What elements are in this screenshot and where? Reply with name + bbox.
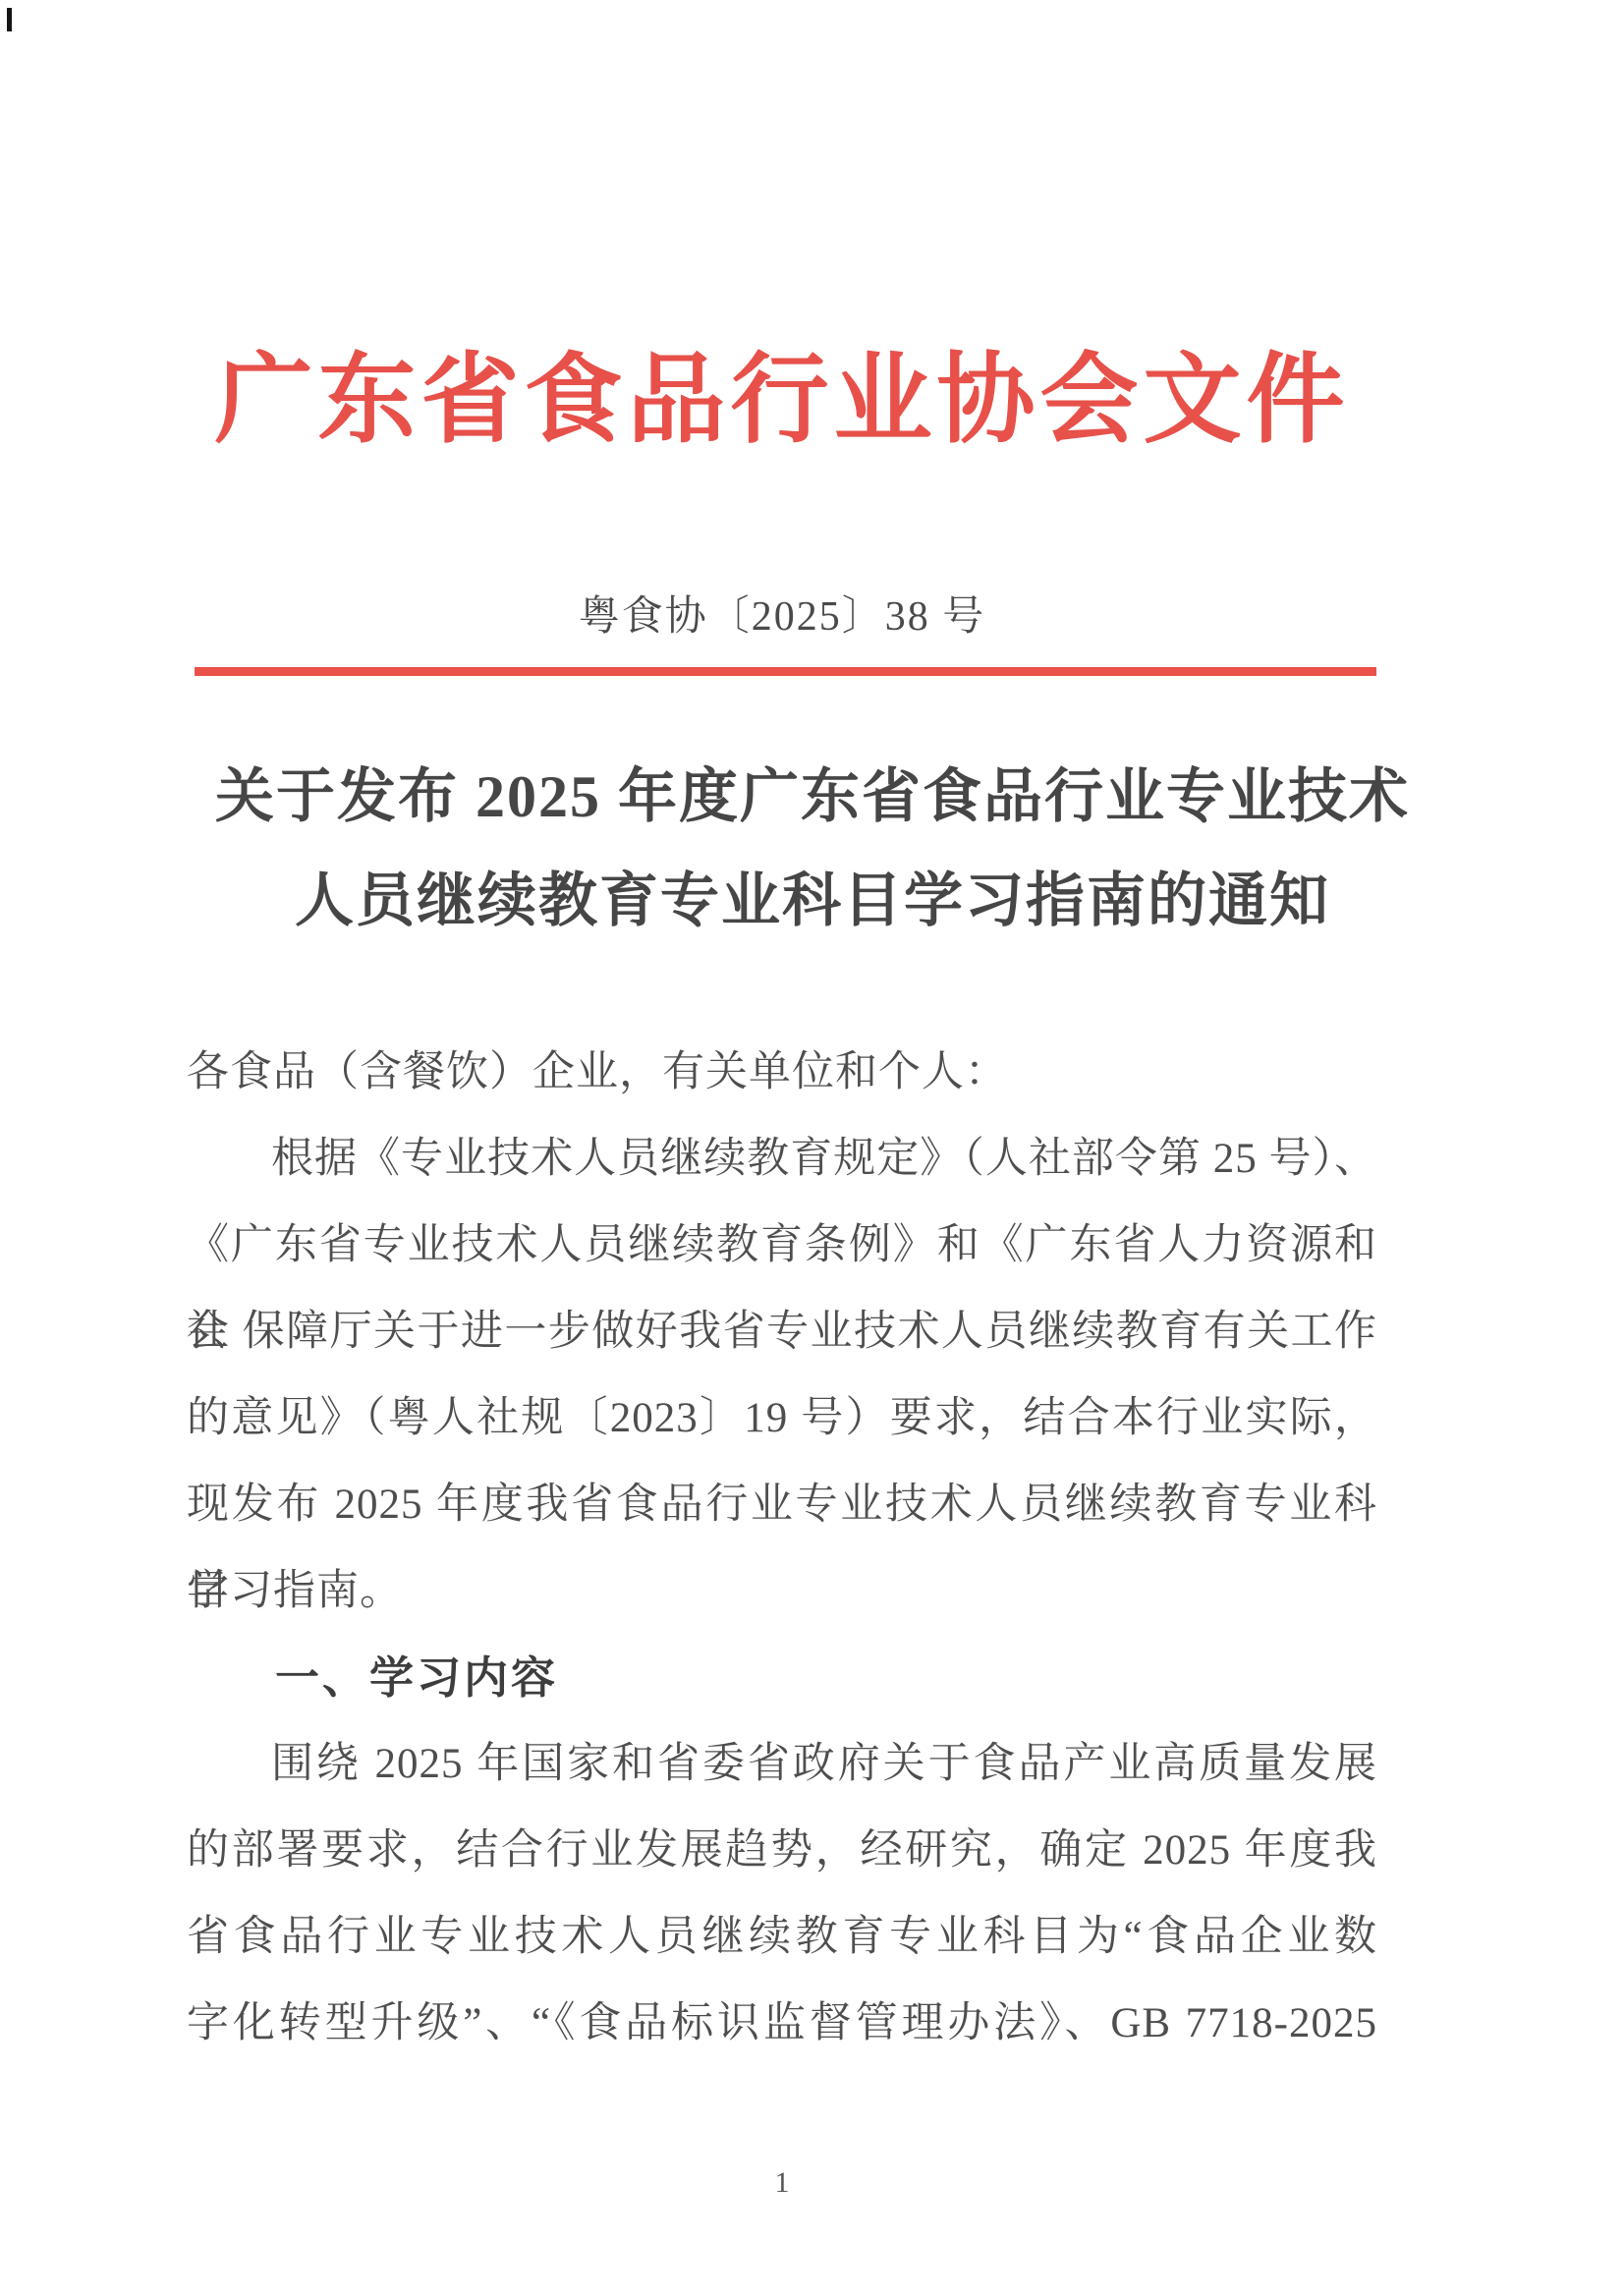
paragraph1-line: 的意见》（粤人社规〔2023〕19 号）要求，结合本行业实际， <box>187 1375 1377 1462</box>
scan-artifact-mark <box>7 8 12 31</box>
notice-title-line2: 人员继续教育专业科目学习指南的通知 <box>157 849 1468 953</box>
notice-title: 关于发布 2025 年度广东省食品行业专业技术 人员继续教育专业科目学习指南的通… <box>157 745 1468 953</box>
agency-header-title: 广东省食品行业协会文件 <box>187 320 1377 462</box>
paragraph1-line: 现发布 2025 年度我省食品行业专业技术人员继续教育专业科目 <box>187 1462 1377 1548</box>
section1-heading: 一、学习内容 <box>187 1635 1377 1721</box>
page-number: 1 <box>187 2166 1377 2200</box>
salutation-line: 各食品（含餐饮）企业，有关单位和个人： <box>187 1030 1377 1116</box>
paragraph2-line: 围绕 2025 年国家和省委省政府关于食品产业高质量发展 <box>187 1721 1377 1808</box>
document-body: 各食品（含餐饮）企业，有关单位和个人： 根据《专业技术人员继续教育规定》（人社部… <box>187 1030 1377 2067</box>
notice-title-line1: 关于发布 2025 年度广东省食品行业专业技术 <box>157 745 1468 849</box>
paragraph1-line: 根据《专业技术人员继续教育规定》（人社部令第 25 号）、 <box>187 1116 1377 1203</box>
paragraph1-line: 学习指南。 <box>187 1548 1377 1635</box>
document-number: 粤食协〔2025〕38 号 <box>187 584 1377 643</box>
paragraph2-line: 字化转型升级”、“《食品标识监督管理办法》、GB 7718-2025 <box>187 1981 1377 2067</box>
header-divider-rule <box>195 667 1376 676</box>
document-page: 广东省食品行业协会文件 粤食协〔2025〕38 号 关于发布 2025 年度广东… <box>0 0 1624 2295</box>
paragraph2-line: 的部署要求，结合行业发展趋势，经研究，确定 2025 年度我 <box>187 1808 1377 1894</box>
paragraph1-line: 《广东省专业技术人员继续教育条例》和《广东省人力资源和社 <box>187 1203 1377 1289</box>
paragraph1-line: 会 保障厅关于进一步做好我省专业技术人员继续教育有关工作 <box>187 1289 1377 1375</box>
paragraph2-line: 省食品行业专业技术人员继续教育专业科目为“食品企业数 <box>187 1894 1377 1981</box>
